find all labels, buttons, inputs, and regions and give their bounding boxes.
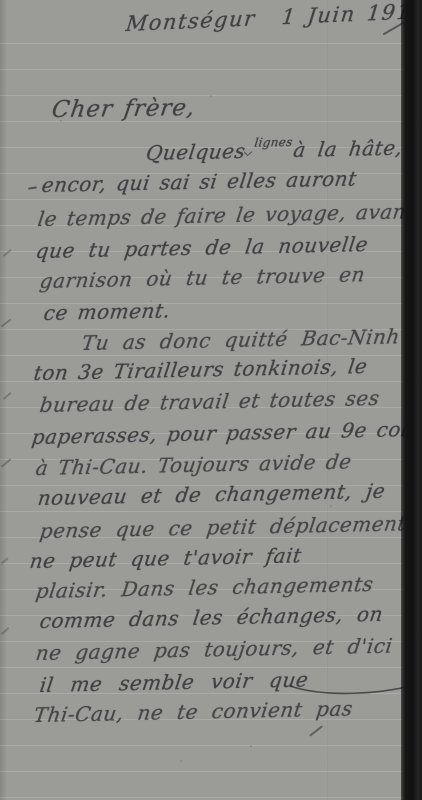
date-separator: [255, 24, 281, 25]
letter-line: bureau de travail et toutes ses: [38, 385, 381, 418]
paper-speckles: [0, 0, 2, 2]
letter-line: encor, qui sai si elles auront: [40, 165, 358, 198]
opening-text-before: Quelques: [145, 139, 248, 165]
letter-line: pense que ce petit déplacement: [38, 510, 408, 544]
letter-opening-line: Quelqueslignesà la hâte, et: [144, 134, 422, 169]
letter-dateline: Montségur1 Juin 1916: [125, 0, 422, 37]
insertion-caret-mark: [244, 148, 252, 157]
letter-line: Tu as donc quitté Bac-Ninh: [80, 323, 402, 356]
letter-line: ce moment.: [42, 297, 172, 326]
letter-salutation: Cher frère,: [50, 95, 197, 123]
letter-line: ton 3e Tirailleurs tonkinois, le: [32, 353, 369, 386]
page-left-shadow: [0, 0, 7, 800]
letter-line: comme dans les échanges, on: [38, 601, 385, 634]
letter-line: il me semble voir que: [38, 666, 310, 698]
stray-ink-mark: [309, 725, 323, 736]
scan-dark-edge: [401, 0, 422, 800]
letter-line: plaisir. Dans les changements: [34, 571, 375, 604]
scanned-letter-page: Montségur1 Juin 1916 Cher frère, Quelque…: [0, 0, 422, 800]
letter-line: à Thi-Cau. Toujours avide de: [34, 448, 353, 481]
letter-line: garnison où tu te trouve en: [38, 261, 367, 294]
letter-line: le temps de faire le voyage, avant: [36, 198, 416, 232]
letter-line: que tu partes de la nouvelle: [34, 231, 370, 264]
letter-line: ne gagne pas toujours, et d'ici: [34, 632, 394, 666]
letter-place: Montségur: [125, 6, 257, 36]
letter-line: paperasses, pour passer au 9e colonial: [30, 415, 422, 450]
letter-line: ne peut que t'avoir fait: [28, 542, 303, 574]
inserted-word: lignes: [253, 129, 295, 156]
letter-line: nouveau et de changement, je: [36, 478, 387, 511]
margin-dash-mark: [28, 186, 37, 189]
